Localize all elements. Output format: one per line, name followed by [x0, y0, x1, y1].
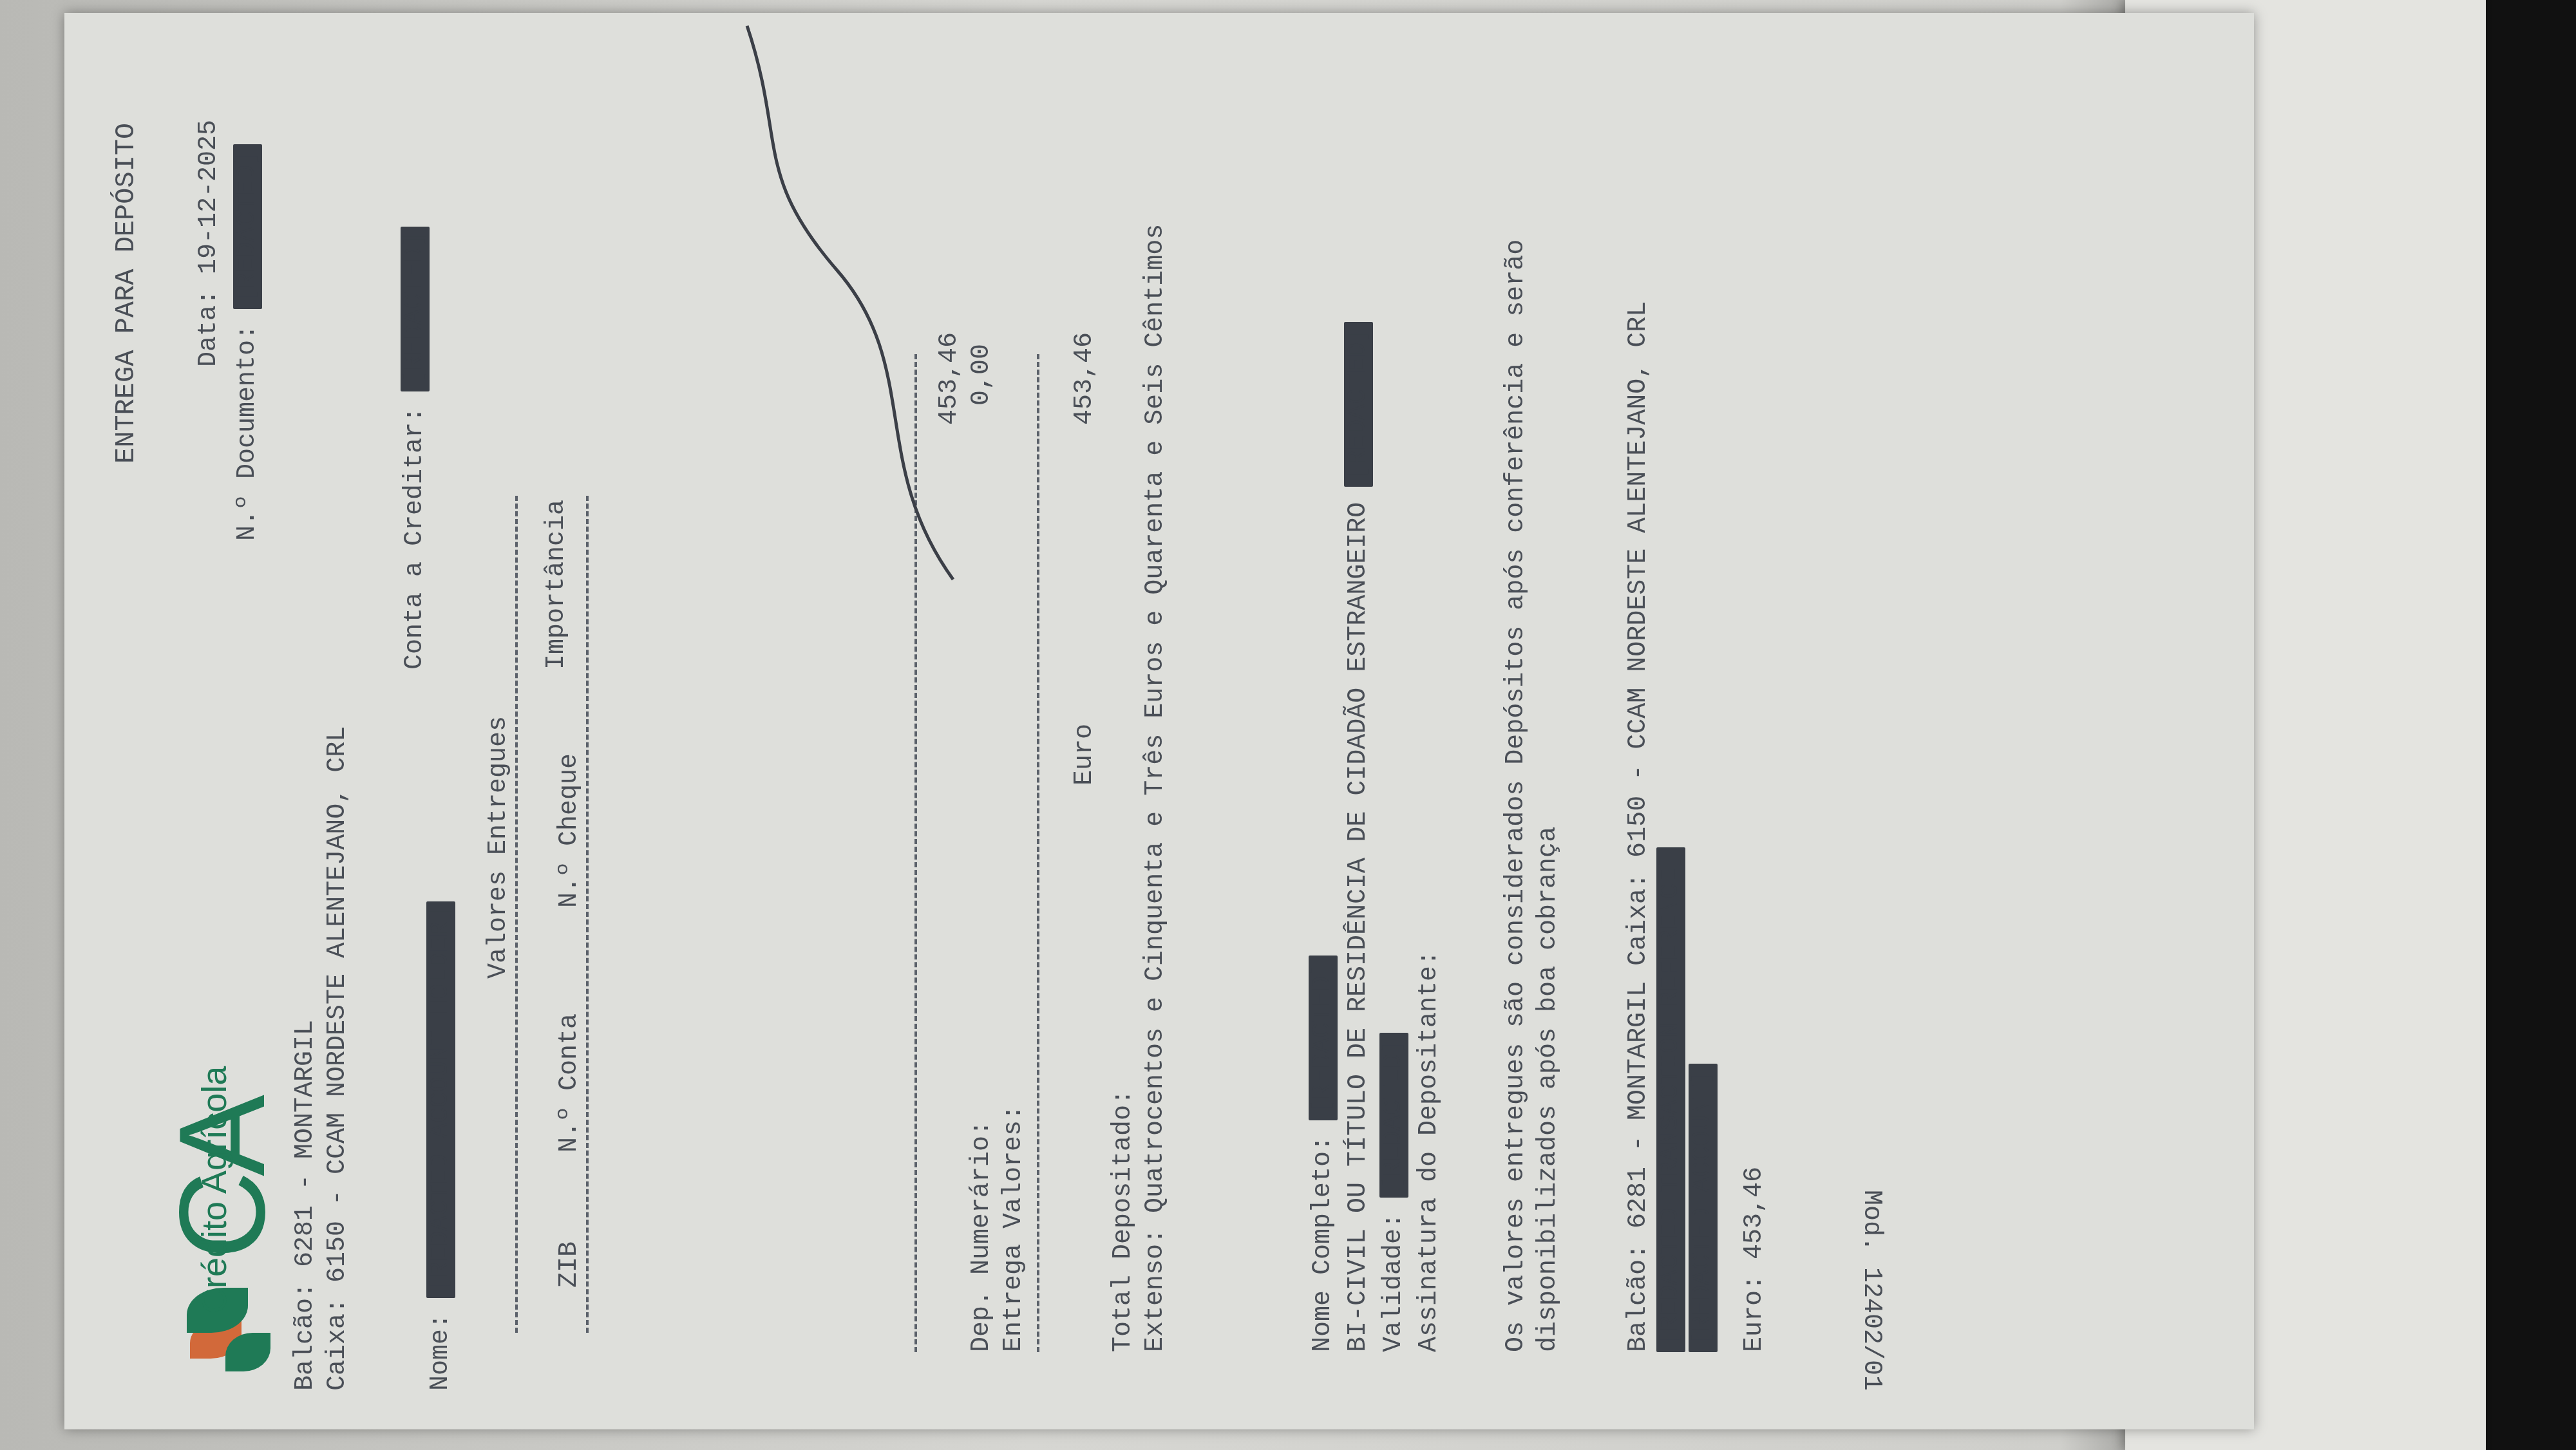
caixa-row: Caixa: 6150 - CCAM NORDESTE ALENTEJANO, …: [322, 726, 354, 1391]
col-cheque: N.º Cheque: [554, 753, 586, 908]
signature-label: Assinatura do Depositante:: [1414, 950, 1446, 1352]
col-conta: N.º Conta: [554, 1013, 586, 1153]
notice-text: Os valores entregues são considerados De…: [1501, 129, 1565, 1352]
dep-numerario-label: Dep. Numerário:: [966, 1120, 998, 1352]
brand-subtitle: Crédito Agrícola: [193, 1066, 237, 1313]
col-importancia: Importância: [541, 500, 573, 670]
entrega-valores-label: Entrega Valores:: [998, 1105, 1030, 1352]
nome-row: Nome: [REDACTED ACCOUNT HOLDER]: [425, 901, 457, 1391]
currency-label: Euro: [1069, 724, 1101, 786]
divider: [1037, 354, 1039, 1352]
total-row: Total Depositado:: [1108, 1089, 1140, 1352]
date-row: Data: 19-12-2025: [193, 120, 225, 367]
divider: [515, 496, 518, 1333]
receipt-title: ENTREGA PARA DEPÓSITO: [109, 123, 144, 464]
valores-header: Valores Entregues: [483, 716, 515, 979]
validade-row: Validade: [REDACTED]: [1378, 1033, 1410, 1352]
footer-line-1: Balcão: 6281 - MONTARGIL Caixa: 6150 - C…: [1623, 301, 1655, 1352]
deposit-receipt: ENTREGA PARA DEPÓSITO Data: 19-12-2025 N…: [64, 13, 2254, 1429]
col-zib: ZIB: [554, 1241, 586, 1288]
date-value: 19-12-2025: [194, 120, 223, 274]
doc-number-row: N.º Documento: [REDACTED]: [232, 144, 264, 541]
depositor-name-row: Nome Completo: [REDACTED]: [1307, 956, 1340, 1352]
id-doc-row: BI-CIVIL OU TÍTULO DE RESIDÊNCIA DE CIDA…: [1343, 322, 1375, 1352]
extenso-row: Extenso: Quatrocentos e Cinquenta e Três…: [1140, 224, 1172, 1352]
footer-line-3: [REDACTED ACCOUNT]: [1687, 1064, 1719, 1352]
entrega-valores-value: 453,46: [1069, 332, 1101, 425]
signature-scribble-icon: [708, 13, 966, 592]
footer-euro: Euro: 453,46: [1739, 1167, 1771, 1352]
photo-background: ENTREGA PARA DEPÓSITO Data: 19-12-2025 N…: [0, 0, 2576, 1450]
model-code: Mod. 12402/01: [1855, 1190, 1887, 1391]
doc-number-value: [REDACTED]: [233, 144, 262, 309]
dep-numerario-value: 0,00: [966, 344, 998, 406]
conta-row: Conta a Creditar: [REDACTED]: [399, 227, 431, 670]
balcao-row: Balcão: 6281 - MONTARGIL: [290, 1020, 322, 1391]
footer-line-2: [REDACTED TRANSACTION REFERENCE]: [1655, 847, 1687, 1352]
divider: [586, 496, 589, 1333]
